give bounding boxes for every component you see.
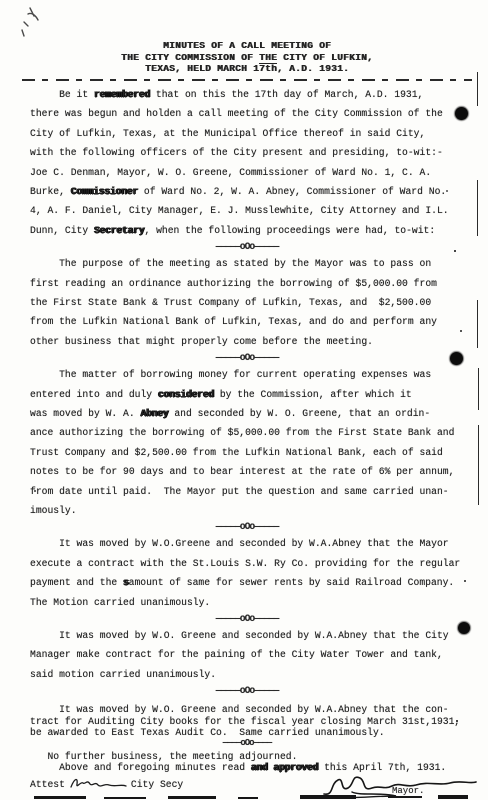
text-run: It was moved by W.O. Greene and seconded… bbox=[30, 704, 449, 715]
paragraph: It was moved by W.O. Greene and seconded… bbox=[30, 704, 464, 738]
scan-bottom-dash bbox=[438, 795, 468, 799]
document-body: MINUTES OF A CALL MEETING OFTHE CITY COM… bbox=[30, 40, 464, 791]
text-run: The purpose of the meeting as stated by … bbox=[30, 258, 431, 269]
text-run: amount of same for sewer rents by said R… bbox=[129, 577, 455, 588]
text-run: THE CITY COMMISSION OF bbox=[121, 52, 259, 63]
ink-dot bbox=[458, 622, 470, 634]
text-run: by the Commission, after which it bbox=[214, 389, 412, 400]
paragraph-line: first reading an ordinance authorizing t… bbox=[30, 274, 464, 293]
ooo-separator: —————oOo————— bbox=[30, 520, 464, 534]
text-run: City of Lufkin, Texas, at the Municipal … bbox=[30, 128, 425, 139]
text-run: payment and the bbox=[30, 577, 123, 588]
paragraph-line: there was begun and holden a call meetin… bbox=[30, 104, 464, 123]
paragraph-line: notes to be for 90 days and to bear inte… bbox=[30, 462, 464, 481]
ooo-separator: —————oOo————— bbox=[30, 351, 464, 365]
secretary-label: City Secy bbox=[131, 779, 183, 791]
text-run: Dunn, City bbox=[30, 225, 94, 236]
paragraph-line: with the following officers of the City … bbox=[30, 143, 464, 162]
paragraph-line: It was moved by W.O. Greene and seconded… bbox=[30, 704, 464, 715]
paragraph-line: 4, A. F. Daniel, City Manager, E. J. Mus… bbox=[30, 201, 464, 220]
text-run: from the Lufkin National Bank of Lufkin,… bbox=[30, 316, 437, 327]
paragraph-line: from date until paid. The Mayor put the … bbox=[30, 482, 464, 501]
title-line: MINUTES OF A CALL MEETING OF bbox=[30, 40, 464, 52]
text-run: the First State Bank & Trust Company of … bbox=[30, 297, 431, 308]
text-run: other business that might properly come … bbox=[30, 336, 373, 347]
text-run: , when the following proceedings were ha… bbox=[144, 225, 435, 236]
text-run: that on this the 17th day of March, A.D.… bbox=[150, 89, 423, 100]
text-run: Above and foregoing minutes read bbox=[30, 762, 251, 773]
text-run: CITY OF LUFKIN, bbox=[277, 52, 373, 63]
paragraph-line: The Motion carried unanimously. bbox=[30, 593, 464, 612]
document-blocks: Be it remembered that on this the 17th d… bbox=[30, 85, 464, 749]
secretary-signature-scribble bbox=[69, 775, 127, 791]
text-run: said motion carried unanimously. bbox=[30, 669, 216, 680]
paragraph-line: Dunn, City Secretary, when the following… bbox=[30, 221, 464, 240]
scan-bottom-dash bbox=[104, 797, 146, 799]
text-run: and seconded by W. O. Greene, that an or… bbox=[169, 408, 431, 419]
scan-edge-line bbox=[477, 72, 478, 106]
text-run: imously. bbox=[30, 505, 77, 516]
paragraph-line: tract for Auditing City books for the fi… bbox=[30, 716, 464, 727]
text-run: be awarded to East Texas Audit Co. Same … bbox=[30, 727, 385, 738]
text-run: execute a contract with the St.Louis S.W… bbox=[30, 558, 460, 569]
paragraph-line: other business that might properly come … bbox=[30, 332, 464, 351]
scan-speckles bbox=[454, 250, 456, 252]
ooo-separator: —————oOo————— bbox=[30, 612, 464, 626]
text-run: ance authorizing the borrowing of $5,000… bbox=[30, 427, 454, 438]
document-title: MINUTES OF A CALL MEETING OFTHE CITY COM… bbox=[30, 40, 464, 75]
paragraph: It was moved by W.O. Greene and seconded… bbox=[30, 626, 464, 684]
text-run: there was begun and holden a call meetin… bbox=[30, 108, 443, 119]
ink-dot bbox=[455, 107, 468, 120]
paragraph-line: The purpose of the meeting as stated by … bbox=[30, 254, 464, 273]
paragraph: The purpose of the meeting as stated by … bbox=[30, 254, 464, 351]
paragraph-line: be awarded to East Texas Audit Co. Same … bbox=[30, 727, 464, 738]
text-run: TEXAS, HELD MARCH 17th, A.D. 1931. bbox=[145, 63, 349, 74]
scan-edge-line bbox=[478, 368, 479, 410]
text-run: Joe C. Denman, Mayor, W. O. Greene, Comm… bbox=[30, 167, 431, 178]
dashed-rule bbox=[22, 79, 472, 81]
text-run: 4, A. F. Daniel, City Manager, E. J. Mus… bbox=[30, 205, 449, 216]
paragraph-line: Manager make contract for the paining of… bbox=[30, 645, 464, 664]
scan-edge-line bbox=[477, 300, 478, 348]
attest-label: Attest bbox=[30, 779, 65, 791]
paragraph-line: Trust Company and $2,500.00 from the Luf… bbox=[30, 443, 464, 462]
paragraph-line: Be it remembered that on this the 17th d… bbox=[30, 85, 464, 104]
text-run: It was moved by W.O. Greene and seconded… bbox=[30, 630, 449, 641]
text-run: was moved by W. A. bbox=[30, 408, 140, 419]
text-run: Trust Company and $2,500.00 from the Luf… bbox=[30, 447, 443, 458]
paragraph-line: Joe C. Denman, Mayor, W. O. Greene, Comm… bbox=[30, 163, 464, 182]
text-run: MINUTES OF A CALL MEETING OF bbox=[163, 40, 331, 51]
paragraph-line: payment and the samount of same for sewe… bbox=[30, 573, 464, 592]
title-line: TEXAS, HELD MARCH 17th, A.D. 1931. bbox=[30, 63, 464, 75]
text-run: THE bbox=[259, 52, 277, 64]
paragraph-line: from the Lufkin National Bank of Lufkin,… bbox=[30, 312, 464, 331]
ooo-separator: —————oOo————— bbox=[30, 240, 464, 254]
text-run: Manager make contract for the paining of… bbox=[30, 649, 443, 660]
paragraph-line: was moved by W. A. Abney and seconded by… bbox=[30, 404, 464, 423]
text-run: The Motion carried unanimously. bbox=[30, 597, 210, 608]
text-run: remembered bbox=[94, 89, 150, 100]
text-run: Be it bbox=[30, 89, 94, 100]
text-run: first reading an ordinance authorizing t… bbox=[30, 278, 437, 289]
mayor-label: Mayor. bbox=[392, 786, 424, 796]
paragraph-line: entered into and duly considered by the … bbox=[30, 385, 464, 404]
paragraph: Be it remembered that on this the 17th d… bbox=[30, 85, 464, 240]
paragraph-line: said motion carried unanimously. bbox=[30, 665, 464, 684]
paragraph-line: Burke, Commissioner of Ward No. 2, W. A.… bbox=[30, 182, 464, 201]
scan-bottom-dash bbox=[300, 795, 356, 799]
paragraph: The matter of borrowing money for curren… bbox=[30, 365, 464, 520]
scan-bottom-dash bbox=[388, 796, 422, 798]
paragraph-line: The matter of borrowing money for curren… bbox=[30, 365, 464, 384]
text-run: with the following officers of the City … bbox=[30, 147, 443, 158]
text-run: from date until paid. The Mayor put the … bbox=[30, 486, 449, 497]
paragraph-line: the First State Bank & Trust Company of … bbox=[30, 293, 464, 312]
text-run: Secretary bbox=[94, 225, 145, 236]
ooo-separator: ————oOo———— bbox=[30, 738, 464, 749]
text-run: tract for Auditing City books for the fi… bbox=[30, 716, 460, 727]
scan-bottom-dash bbox=[34, 796, 86, 799]
text-run: notes to be for 90 days and to bear inte… bbox=[30, 466, 454, 477]
paragraph-line: It was moved by W.O. Greene and seconded… bbox=[30, 626, 464, 645]
paragraph-line: City of Lufkin, Texas, at the Municipal … bbox=[30, 124, 464, 143]
text-run: Commissioner bbox=[71, 186, 138, 197]
ink-dot bbox=[450, 352, 463, 365]
text-run: considered bbox=[158, 389, 214, 400]
paragraph-line: execute a contract with the St.Louis S.W… bbox=[30, 554, 464, 573]
text-run: No further business, the meeting adjourn… bbox=[30, 751, 297, 762]
scan-bottom-dash bbox=[168, 796, 216, 799]
pencil-corner-mark bbox=[0, 0, 70, 50]
scan-bottom-dash bbox=[238, 797, 258, 799]
closing-line: No further business, the meeting adjourn… bbox=[30, 751, 464, 762]
text-run: Burke, bbox=[30, 186, 71, 197]
text-run: Abney bbox=[140, 408, 168, 419]
ooo-separator: —————oOo————— bbox=[30, 684, 464, 698]
text-run: The matter of borrowing money for curren… bbox=[30, 369, 431, 380]
scan-edge-line bbox=[478, 425, 479, 505]
paragraph-line: It was moved by W.O.Greene and seconded … bbox=[30, 534, 464, 553]
text-run: entered into and duly bbox=[30, 389, 158, 400]
paragraph-line: ance authorizing the borrowing of $5,000… bbox=[30, 423, 464, 442]
paragraph-line: imously. bbox=[30, 501, 464, 520]
scanned-page: MINUTES OF A CALL MEETING OFTHE CITY COM… bbox=[0, 0, 488, 800]
text-run: It was moved by W.O.Greene and seconded … bbox=[30, 538, 449, 549]
scan-edge-line bbox=[477, 180, 478, 236]
text-run: of Ward No. 2, W. A. Abney, Commissioner… bbox=[138, 186, 446, 197]
title-line: THE CITY COMMISSION OF THE CITY OF LUFKI… bbox=[30, 52, 464, 64]
paragraph: It was moved by W.O.Greene and seconded … bbox=[30, 534, 464, 612]
